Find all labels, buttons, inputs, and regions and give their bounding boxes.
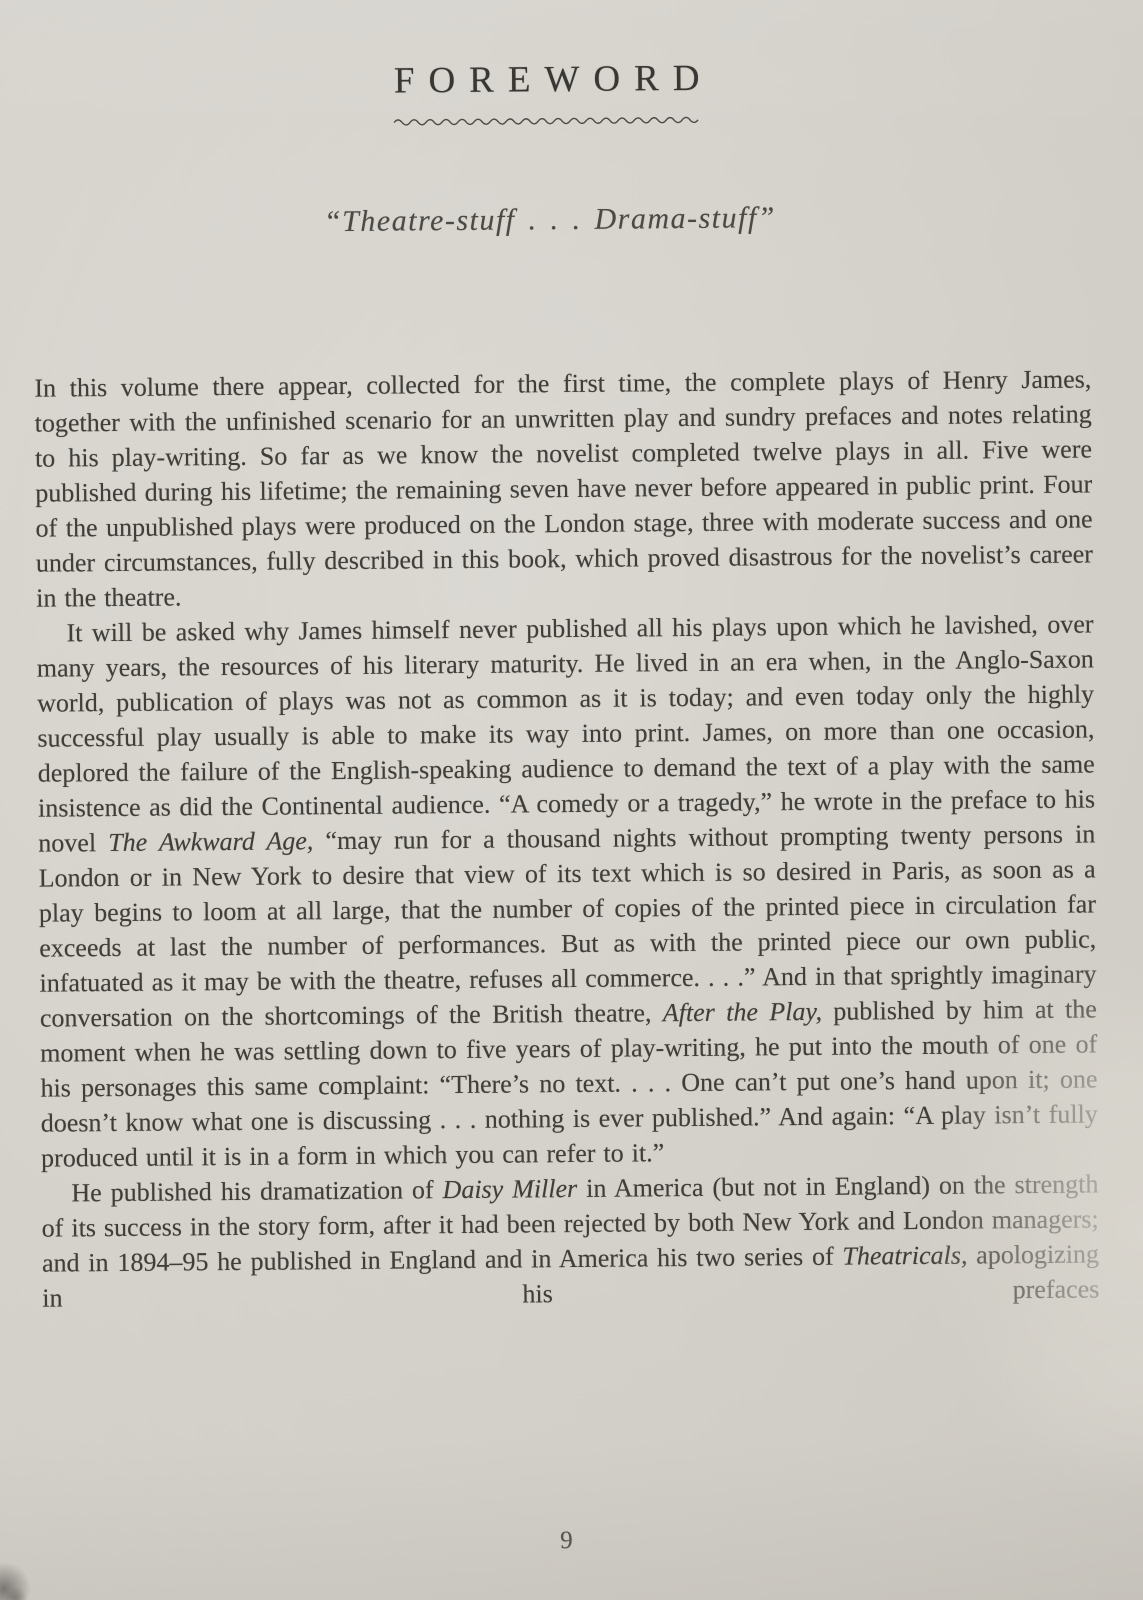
page-title: FOREWORD — [0, 53, 1100, 106]
paragraph-1: In this volume there appear, collected f… — [34, 361, 1093, 615]
body-text: In this volume there appear, collected f… — [34, 361, 1099, 1315]
scanned-content: FOREWORD “Theatre-stuff . . . Drama-stuf… — [0, 0, 1143, 1600]
page-number: 9 — [6, 1522, 1126, 1560]
paragraph-2: It will be asked why James himself never… — [36, 606, 1098, 1175]
wavy-rule-graphic — [393, 114, 699, 127]
paragraph-3: He published his dramatization of Daisy … — [41, 1166, 1099, 1315]
wavy-rule — [0, 107, 1098, 135]
book-page: FOREWORD “Theatre-stuff . . . Drama-stuf… — [0, 0, 1143, 1600]
epigraph: “Theatre-stuff . . . Drama-stuff” — [0, 198, 1105, 242]
